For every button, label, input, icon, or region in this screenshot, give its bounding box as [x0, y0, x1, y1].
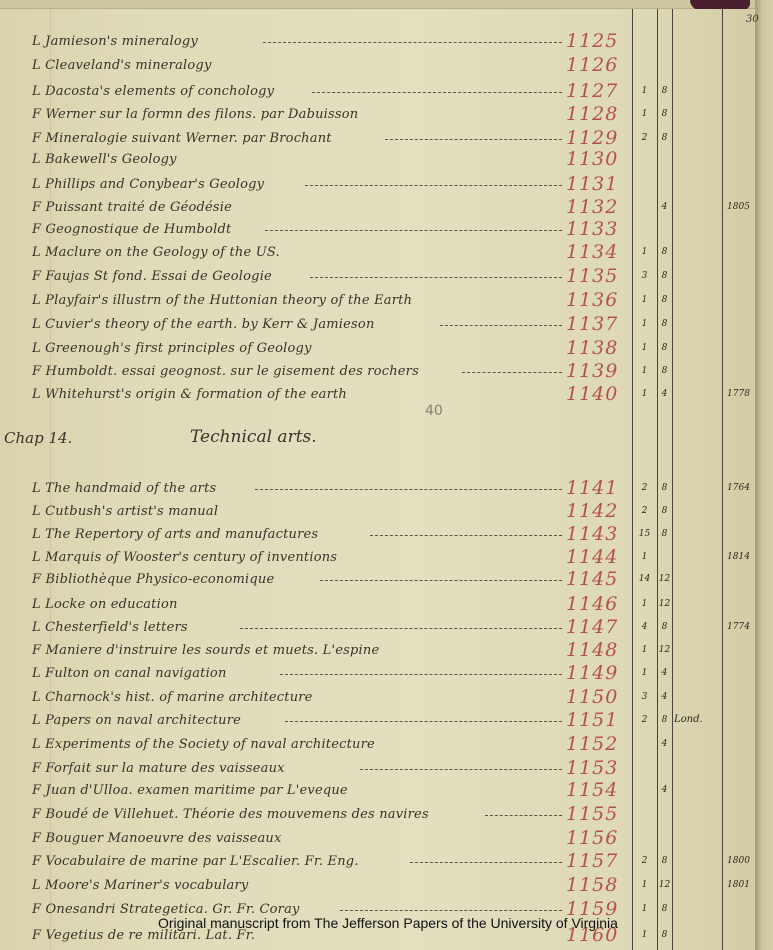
- entry-volumes: 2: [632, 506, 657, 516]
- pencil-note: 40: [425, 403, 443, 419]
- entry-number: 1142: [566, 500, 618, 522]
- entry-volumes: 1: [632, 668, 657, 678]
- entry-volumes: 2: [632, 133, 657, 143]
- entry-title: F Bouguer Manoeuvre des vaisseaux: [32, 831, 282, 846]
- entry-title: L Moore's Mariner's vocabulary: [32, 878, 248, 893]
- entry-number: 1128: [566, 103, 618, 125]
- entry-title: L The handmaid of the arts: [32, 481, 216, 496]
- catalog-entry: L Phillips and Conybear's Geology1131: [0, 177, 755, 199]
- entry-number: 1143: [566, 523, 618, 545]
- entry-title: F Humboldt. essai geognost. sur le gisem…: [32, 364, 419, 379]
- entry-volumes: 2: [632, 856, 657, 866]
- entry-number: 1157: [566, 850, 618, 872]
- entry-volumes: 1: [632, 599, 657, 609]
- entry-title: F Boudé de Villehuet. Théorie des mouvem…: [32, 807, 429, 822]
- entry-format: 12: [657, 599, 672, 609]
- entry-title: L The Repertory of arts and manufactures: [32, 527, 318, 542]
- entry-title: F Forfait sur la mature des vaisseaux: [32, 761, 285, 776]
- entry-title: L Fulton on canal navigation: [32, 666, 227, 681]
- entry-number: 1156: [566, 827, 618, 849]
- entry-format: 8: [657, 715, 672, 725]
- entry-number: 1133: [566, 218, 618, 240]
- catalog-entry: F Puissant traité de Géodésie113241805: [0, 200, 755, 222]
- catalog-entry: L Greenough's first principles of Geolog…: [0, 341, 755, 363]
- entry-number: 1136: [566, 289, 618, 311]
- entry-number: 1138: [566, 337, 618, 359]
- entry-title: F Maniere d'instruire les sourds et muet…: [32, 643, 379, 658]
- entry-volumes: 1: [632, 880, 657, 890]
- entry-volumes: 3: [632, 271, 657, 281]
- catalog-entry: L The Repertory of arts and manufactures…: [0, 527, 755, 549]
- catalog-entry: L Moore's Mariner's vocabulary1158112180…: [0, 878, 755, 900]
- entry-format: 8: [657, 930, 672, 940]
- entry-title: F Werner sur la formn des filons. par Da…: [32, 107, 358, 122]
- entry-format: 8: [657, 86, 672, 96]
- entry-year: 1764: [722, 483, 755, 493]
- entry-number: 1146: [566, 593, 618, 615]
- leader-dashes: [263, 42, 562, 44]
- entry-format: 8: [657, 904, 672, 914]
- leader-dashes: [340, 910, 562, 912]
- leader-dashes: [310, 277, 562, 279]
- catalog-entry: F Mineralogie suivant Werner. par Brocha…: [0, 131, 755, 153]
- catalog-entry: L Cleaveland's mineralogy1126: [0, 58, 755, 80]
- leader-dashes: [285, 721, 562, 723]
- entry-number: 1148: [566, 639, 618, 661]
- entry-number: 1153: [566, 757, 618, 779]
- leader-dashes: [312, 92, 562, 94]
- entry-format: 8: [657, 366, 672, 376]
- entry-format: 4: [657, 389, 672, 399]
- page-top-edge: [0, 0, 773, 9]
- entry-number: 1149: [566, 662, 618, 684]
- entry-volumes: 4: [632, 622, 657, 632]
- entry-year: 1814: [722, 552, 755, 562]
- entry-format: 8: [657, 247, 672, 257]
- catalog-entry: F Forfait sur la mature des vaisseaux115…: [0, 761, 755, 783]
- entry-format: 8: [657, 856, 672, 866]
- entry-number: 1132: [566, 196, 618, 218]
- catalog-entry: L Cuvier's theory of the earth. by Kerr …: [0, 317, 755, 339]
- entry-year: 1800: [722, 856, 755, 866]
- catalog-entry: F Humboldt. essai geognost. sur le gisem…: [0, 364, 755, 386]
- catalog-entry: L Fulton on canal navigation114914: [0, 666, 755, 688]
- catalog-entry: F Bouguer Manoeuvre des vaisseaux1156: [0, 831, 755, 853]
- page-binding-edge: [755, 0, 773, 950]
- entry-volumes: 2: [632, 715, 657, 725]
- leader-dashes: [385, 139, 562, 141]
- leader-dashes: [370, 535, 562, 537]
- catalog-entry: L Maclure on the Geology of the US.11341…: [0, 245, 755, 267]
- entry-number: 1140: [566, 383, 618, 405]
- entry-format: 4: [657, 739, 672, 749]
- entry-number: 1152: [566, 733, 618, 755]
- entry-volumes: 1: [632, 552, 657, 562]
- leader-dashes: [360, 769, 562, 771]
- entry-title: L Cleaveland's mineralogy: [32, 58, 212, 73]
- entry-title: F Vocabulaire de marine par L'Escalier. …: [32, 854, 359, 869]
- entry-number: 1126: [566, 54, 618, 76]
- entry-title: F Juan d'Ulloa. examen maritime par L'ev…: [32, 783, 348, 798]
- entry-volumes: 1: [632, 109, 657, 119]
- catalog-entry: L Charnock's hist. of marine architectur…: [0, 690, 755, 712]
- catalog-entry: L Papers on naval architecture115128Lond…: [0, 713, 755, 735]
- chapter-title: Technical arts.: [190, 427, 317, 447]
- entry-title: L Whitehurst's origin & formation of the…: [32, 387, 347, 402]
- entry-volumes: 1: [632, 86, 657, 96]
- entry-volumes: 14: [632, 574, 657, 584]
- entry-title: L Marquis of Wooster's century of invent…: [32, 550, 337, 565]
- catalog-entry: L Marquis of Wooster's century of invent…: [0, 550, 755, 572]
- catalog-entry: L Locke on education1146112: [0, 597, 755, 619]
- entry-number: 1155: [566, 803, 618, 825]
- entry-number: 1145: [566, 568, 618, 590]
- entry-format: 8: [657, 133, 672, 143]
- catalog-entry: F Maniere d'instruire les sourds et muet…: [0, 643, 755, 665]
- leader-dashes: [240, 628, 562, 630]
- entry-number: 1147: [566, 616, 618, 638]
- entry-format: 12: [657, 880, 672, 890]
- entry-year: 1805: [722, 202, 755, 212]
- entry-title: F Puissant traité de Géodésie: [32, 200, 232, 215]
- entry-number: 1154: [566, 779, 618, 801]
- catalog-entry: F Bibliothèque Physico-economique1145141…: [0, 572, 755, 594]
- leader-dashes: [305, 185, 562, 187]
- entry-title: L Papers on naval architecture: [32, 713, 241, 728]
- entry-volumes: 2: [632, 483, 657, 493]
- leader-dashes: [280, 674, 562, 676]
- page-number: 30: [746, 14, 759, 25]
- chapter-label: Chap 14.: [4, 429, 72, 447]
- entry-place: Lond.: [674, 714, 720, 725]
- leader-dashes: [410, 862, 562, 864]
- entry-number: 1139: [566, 360, 618, 382]
- entry-format: 8: [657, 483, 672, 493]
- entry-format: 8: [657, 295, 672, 305]
- entry-number: 1137: [566, 313, 618, 335]
- entry-number: 1125: [566, 30, 618, 52]
- entry-format: 8: [657, 271, 672, 281]
- catalog-entry: F Faujas St fond. Essai de Geologie11353…: [0, 269, 755, 291]
- catalog-entry: F Juan d'Ulloa. examen maritime par L'ev…: [0, 783, 755, 805]
- entry-number: 1130: [566, 148, 618, 170]
- entry-volumes: 1: [632, 295, 657, 305]
- leader-dashes: [485, 815, 562, 817]
- entry-title: L Playfair's illustrn of the Huttonian t…: [32, 293, 412, 308]
- entry-format: 8: [657, 622, 672, 632]
- leader-dashes: [440, 325, 562, 327]
- entry-year: 1801: [722, 880, 755, 890]
- leader-dashes: [320, 580, 562, 582]
- entry-format: 12: [657, 645, 672, 655]
- entry-title: L Experiments of the Society of naval ar…: [32, 737, 375, 752]
- catalog-entry: F Werner sur la formn des filons. par Da…: [0, 107, 755, 129]
- entry-format: 8: [657, 506, 672, 516]
- attribution-watermark: Original manuscript from The Jefferson P…: [158, 915, 618, 931]
- entry-volumes: 1: [632, 343, 657, 353]
- entry-title: F Bibliothèque Physico-economique: [32, 572, 274, 587]
- entry-title: F Faujas St fond. Essai de Geologie: [32, 269, 272, 284]
- entry-title: F Mineralogie suivant Werner. par Brocha…: [32, 131, 332, 146]
- catalog-entry: L Cutbush's artist's manual114228: [0, 504, 755, 526]
- entry-format: 4: [657, 692, 672, 702]
- catalog-entry: L Experiments of the Society of naval ar…: [0, 737, 755, 759]
- catalog-entry: L Playfair's illustrn of the Huttonian t…: [0, 293, 755, 315]
- catalog-entry: F Geognostique de Humboldt1133: [0, 222, 755, 244]
- entry-title: L Greenough's first principles of Geolog…: [32, 341, 312, 356]
- entry-format: 4: [657, 668, 672, 678]
- entry-format: 8: [657, 109, 672, 119]
- entry-number: 1131: [566, 173, 618, 195]
- entry-title: L Chesterfield's letters: [32, 620, 188, 635]
- entry-volumes: 1: [632, 930, 657, 940]
- entry-title: L Bakewell's Geology: [32, 152, 177, 167]
- entry-volumes: 3: [632, 692, 657, 702]
- entry-volumes: 1: [632, 645, 657, 655]
- entry-title: L Locke on education: [32, 597, 178, 612]
- entry-title: L Phillips and Conybear's Geology: [32, 177, 264, 192]
- entry-volumes: 1: [632, 319, 657, 329]
- entry-format: 4: [657, 785, 672, 795]
- catalog-entry: L Chesterfield's letters1147481774: [0, 620, 755, 642]
- catalog-entry: L The handmaid of the arts1141281764: [0, 481, 755, 503]
- entry-number: 1150: [566, 686, 618, 708]
- entry-title: L Charnock's hist. of marine architectur…: [32, 690, 313, 705]
- leader-dashes: [255, 489, 562, 491]
- entry-volumes: 1: [632, 904, 657, 914]
- entry-format: 4: [657, 202, 672, 212]
- entry-title: L Cuvier's theory of the earth. by Kerr …: [32, 317, 375, 332]
- entry-format: 8: [657, 529, 672, 539]
- entry-title: L Jamieson's mineralogy: [32, 34, 198, 49]
- entry-number: 1129: [566, 127, 618, 149]
- entry-title: L Maclure on the Geology of the US.: [32, 245, 280, 260]
- entry-year: 1778: [722, 389, 755, 399]
- entry-number: 1134: [566, 241, 618, 263]
- entry-number: 1158: [566, 874, 618, 896]
- entry-title: L Dacosta's elements of conchology: [32, 84, 274, 99]
- entry-title: L Cutbush's artist's manual: [32, 504, 218, 519]
- catalog-entry: L Whitehurst's origin & formation of the…: [0, 387, 755, 409]
- catalog-entry: F Vocabulaire de marine par L'Escalier. …: [0, 854, 755, 876]
- catalog-entry: F Boudé de Villehuet. Théorie des mouvem…: [0, 807, 755, 829]
- entry-volumes: 15: [632, 529, 657, 539]
- entry-format: 12: [657, 574, 672, 584]
- entry-volumes: 1: [632, 366, 657, 376]
- entry-number: 1127: [566, 80, 618, 102]
- catalog-entry: L Bakewell's Geology1130: [0, 152, 755, 174]
- entry-title: F Geognostique de Humboldt: [32, 222, 231, 237]
- leader-dashes: [462, 372, 562, 374]
- entry-number: 1151: [566, 709, 618, 731]
- entry-year: 1774: [722, 622, 755, 632]
- catalog-entry: L Jamieson's mineralogy1125: [0, 34, 755, 56]
- catalog-entry: L Dacosta's elements of conchology112718: [0, 84, 755, 106]
- entry-number: 1135: [566, 265, 618, 287]
- leader-dashes: [265, 230, 562, 232]
- entry-volumes: 1: [632, 389, 657, 399]
- catalog-entry: F Vegetius de re militari. Lat. Fr.11601…: [0, 928, 755, 950]
- entry-number: 1144: [566, 546, 618, 568]
- entry-volumes: 1: [632, 247, 657, 257]
- entry-number: 1141: [566, 477, 618, 499]
- entry-format: 8: [657, 319, 672, 329]
- entry-format: 8: [657, 343, 672, 353]
